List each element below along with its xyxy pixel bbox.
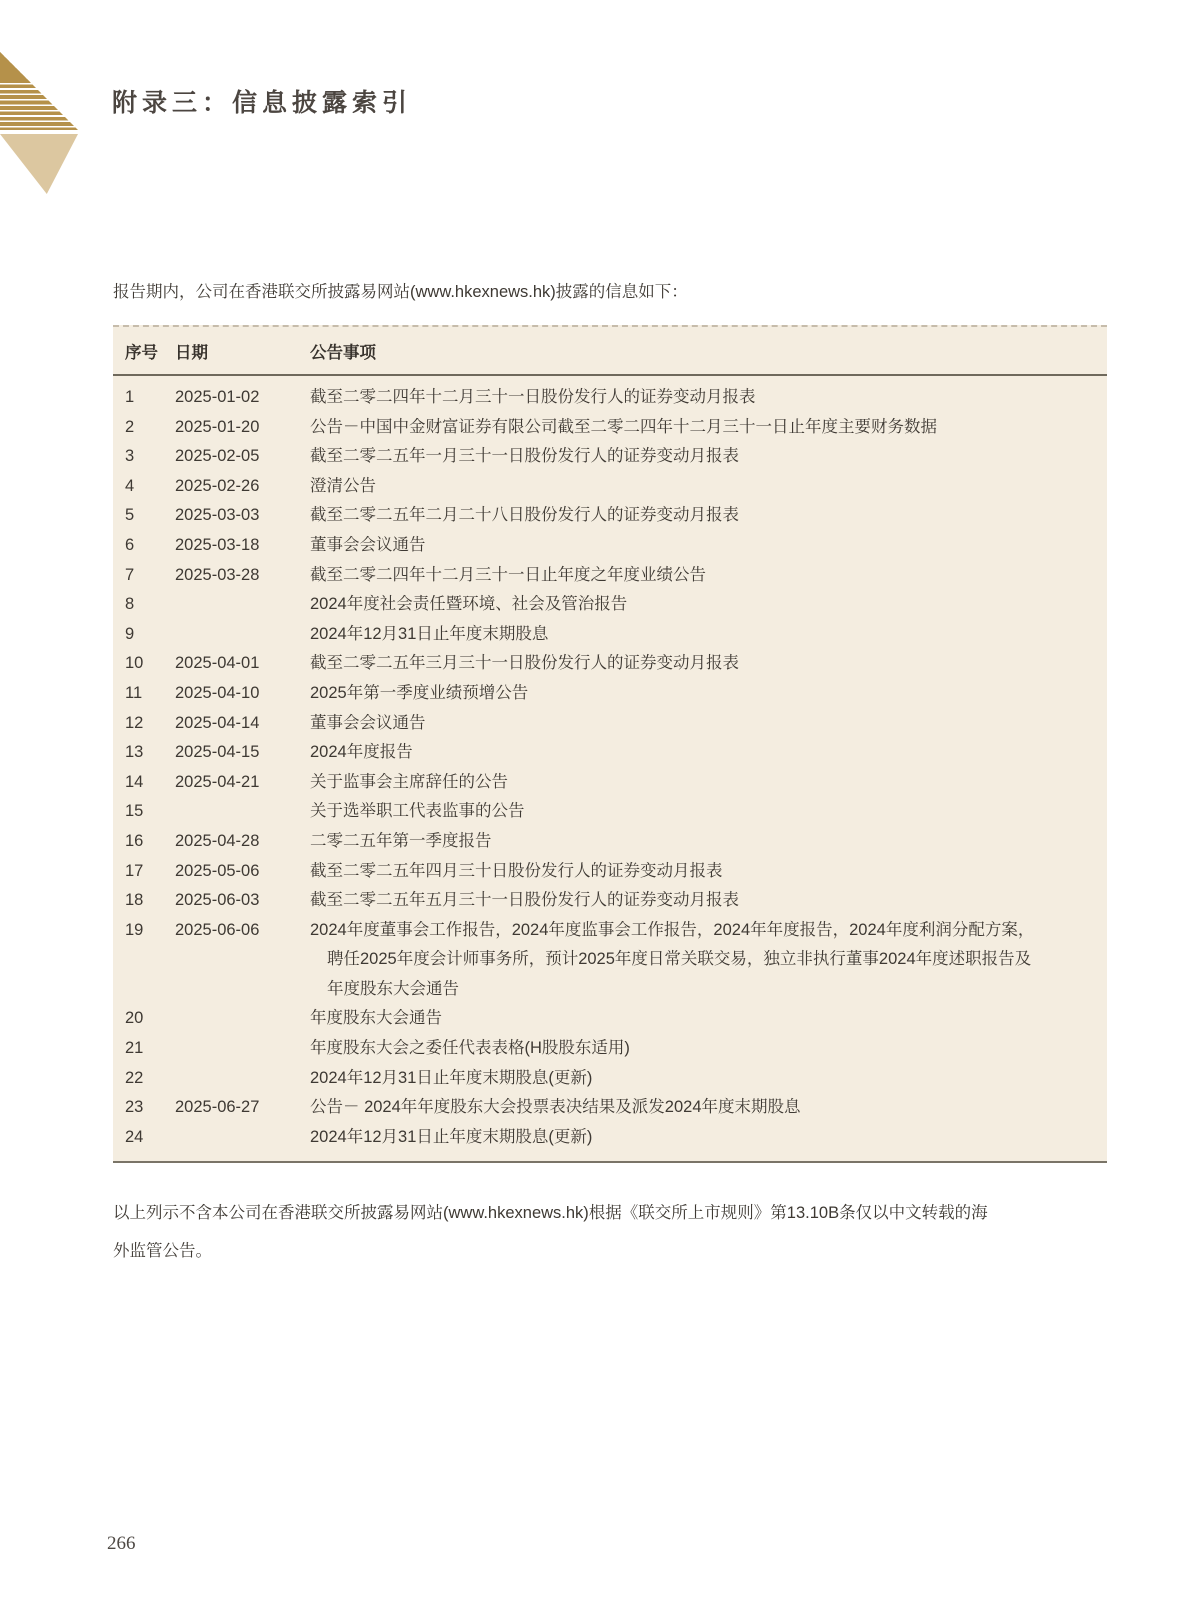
- row-number: 13: [113, 738, 175, 768]
- row-number: 20: [113, 1004, 175, 1034]
- table-row: 11 2025-04-10 2025年第一季度业绩预增公告: [113, 679, 1107, 709]
- column-header-item: 公告事项: [310, 339, 1107, 363]
- row-number: 21: [113, 1034, 175, 1064]
- table-row: 18 2025-06-03 截至二零二五年五月三十一日股份发行人的证券变动月报表: [113, 886, 1107, 916]
- row-item: 截至二零二四年十二月三十一日股份发行人的证券变动月报表: [310, 383, 1107, 413]
- gold-corner-triangle-icon: [0, 0, 90, 210]
- table-row: 14 2025-04-21 关于监事会主席辞任的公告: [113, 768, 1107, 798]
- row-number: 2: [113, 413, 175, 443]
- row-item: 截至二零二五年五月三十一日股份发行人的证券变动月报表: [310, 886, 1107, 916]
- intro-text: 报告期内，公司在香港联交所披露易网站(www.hkexnews.hk)披露的信息…: [113, 280, 688, 304]
- row-item: 2024年度董事会工作报告，2024年度监事会工作报告，2024年年度报告，20…: [310, 916, 1107, 1005]
- row-number: 3: [113, 442, 175, 472]
- table-row: 10 2025-04-01 截至二零二五年三月三十一日股份发行人的证券变动月报表: [113, 649, 1107, 679]
- row-date: 2025-03-03: [175, 501, 310, 531]
- row-item: 2024年度社会责任暨环境、社会及管治报告: [310, 590, 1107, 620]
- row-date: 2025-04-15: [175, 738, 310, 768]
- table-row: 19 2025-06-06 2024年度董事会工作报告，2024年度监事会工作报…: [113, 916, 1107, 1005]
- row-item: 2025年第一季度业绩预增公告: [310, 679, 1107, 709]
- row-item: 公告－ 2024年年度股东大会投票表决结果及派发2024年度末期股息: [310, 1093, 1107, 1123]
- row-date: 2025-02-05: [175, 442, 310, 472]
- row-date: 2025-02-26: [175, 472, 310, 502]
- row-item: 截至二零二五年三月三十一日股份发行人的证券变动月报表: [310, 649, 1107, 679]
- row-number: 4: [113, 472, 175, 502]
- row-number: 18: [113, 886, 175, 916]
- table-row: 23 2025-06-27 公告－ 2024年年度股东大会投票表决结果及派发20…: [113, 1093, 1107, 1123]
- row-item: 澄清公告: [310, 472, 1107, 502]
- table-row: 22 2024年12月31日止年度末期股息(更新): [113, 1064, 1107, 1094]
- row-date: 2025-06-06: [175, 916, 310, 946]
- table-row: 4 2025-02-26 澄清公告: [113, 472, 1107, 502]
- row-number: 10: [113, 649, 175, 679]
- row-item: 年度股东大会通告: [310, 1004, 1107, 1034]
- row-item: 董事会会议通告: [310, 709, 1107, 739]
- row-number: 15: [113, 797, 175, 827]
- row-date: 2025-04-21: [175, 768, 310, 798]
- row-date: 2025-04-10: [175, 679, 310, 709]
- row-item: 截至二零二五年一月三十一日股份发行人的证券变动月报表: [310, 442, 1107, 472]
- table-row: 15 关于选举职工代表监事的公告: [113, 797, 1107, 827]
- row-date: 2025-04-28: [175, 827, 310, 857]
- row-date: 2025-03-28: [175, 561, 310, 591]
- row-number: 12: [113, 709, 175, 739]
- tan-triangle: [0, 134, 78, 194]
- row-date: 2025-03-18: [175, 531, 310, 561]
- table-row: 2 2025-01-20 公告－中国中金财富证券有限公司截至二零二四年十二月三十…: [113, 413, 1107, 443]
- table-row: 9 2024年12月31日止年度末期股息: [113, 620, 1107, 650]
- table-row: 24 2024年12月31日止年度末期股息(更新): [113, 1123, 1107, 1153]
- row-date: 2025-05-06: [175, 857, 310, 887]
- row-date: 2025-06-03: [175, 886, 310, 916]
- column-header-no: 序号: [113, 339, 175, 363]
- footer-note: 以上列示不含本公司在香港联交所披露易网站(www.hkexnews.hk)根据《…: [113, 1194, 1113, 1270]
- row-number: 11: [113, 679, 175, 709]
- row-date: 2025-04-01: [175, 649, 310, 679]
- row-item: 二零二五年第一季度报告: [310, 827, 1107, 857]
- row-item: 2024年12月31日止年度末期股息(更新): [310, 1064, 1107, 1094]
- row-number: 7: [113, 561, 175, 591]
- row-number: 5: [113, 501, 175, 531]
- row-number: 23: [113, 1093, 175, 1123]
- row-item: 截至二零二五年四月三十日股份发行人的证券变动月报表: [310, 857, 1107, 887]
- row-number: 24: [113, 1123, 175, 1153]
- table-row: 1 2025-01-02 截至二零二四年十二月三十一日股份发行人的证券变动月报表: [113, 383, 1107, 413]
- column-header-date: 日期: [175, 339, 310, 363]
- row-item: 董事会会议通告: [310, 531, 1107, 561]
- row-date: 2025-01-20: [175, 413, 310, 443]
- table-row: 17 2025-05-06 截至二零二五年四月三十日股份发行人的证券变动月报表: [113, 857, 1107, 887]
- row-number: 6: [113, 531, 175, 561]
- row-item: 关于监事会主席辞任的公告: [310, 768, 1107, 798]
- row-item: 2024年度报告: [310, 738, 1107, 768]
- row-item: 2024年12月31日止年度末期股息: [310, 620, 1107, 650]
- row-number: 19: [113, 916, 175, 946]
- table-row: 20 年度股东大会通告: [113, 1004, 1107, 1034]
- row-date: 2025-04-14: [175, 709, 310, 739]
- table-header-row: 序号 日期 公告事项: [113, 327, 1107, 376]
- table-row: 8 2024年度社会责任暨环境、社会及管治报告: [113, 590, 1107, 620]
- table-body: 1 2025-01-02 截至二零二四年十二月三十一日股份发行人的证券变动月报表…: [113, 376, 1107, 1161]
- table-row: 13 2025-04-15 2024年度报告: [113, 738, 1107, 768]
- table-row: 6 2025-03-18 董事会会议通告: [113, 531, 1107, 561]
- row-number: 1: [113, 383, 175, 413]
- row-number: 9: [113, 620, 175, 650]
- table-row: 5 2025-03-03 截至二零二五年二月二十八日股份发行人的证券变动月报表: [113, 501, 1107, 531]
- report-page: 附录三：信息披露索引 报告期内，公司在香港联交所披露易网站(www.hkexne…: [0, 0, 1190, 1615]
- table-row: 12 2025-04-14 董事会会议通告: [113, 709, 1107, 739]
- table-row: 7 2025-03-28 截至二零二四年十二月三十一日止年度之年度业绩公告: [113, 561, 1107, 591]
- row-date: 2025-06-27: [175, 1093, 310, 1123]
- row-item: 年度股东大会之委任代表表格(H股股东适用): [310, 1034, 1107, 1064]
- row-date: 2025-01-02: [175, 383, 310, 413]
- row-item: 截至二零二五年二月二十八日股份发行人的证券变动月报表: [310, 501, 1107, 531]
- row-number: 22: [113, 1064, 175, 1094]
- disclosure-index-table: 序号 日期 公告事项 1 2025-01-02 截至二零二四年十二月三十一日股份…: [113, 325, 1107, 1163]
- row-item: 关于选举职工代表监事的公告: [310, 797, 1107, 827]
- row-number: 17: [113, 857, 175, 887]
- row-item: 2024年12月31日止年度末期股息(更新): [310, 1123, 1107, 1153]
- table-row: 16 2025-04-28 二零二五年第一季度报告: [113, 827, 1107, 857]
- row-number: 8: [113, 590, 175, 620]
- page-number: 266: [107, 1533, 136, 1555]
- row-number: 14: [113, 768, 175, 798]
- table-row: 21 年度股东大会之委任代表表格(H股股东适用): [113, 1034, 1107, 1064]
- row-item: 截至二零二四年十二月三十一日止年度之年度业绩公告: [310, 561, 1107, 591]
- table-row: 3 2025-02-05 截至二零二五年一月三十一日股份发行人的证券变动月报表: [113, 442, 1107, 472]
- row-item: 公告－中国中金财富证券有限公司截至二零二四年十二月三十一日止年度主要财务数据: [310, 413, 1107, 443]
- page-title: 附录三：信息披露索引: [112, 83, 412, 119]
- gold-triangle-striped: [0, 52, 78, 130]
- row-number: 16: [113, 827, 175, 857]
